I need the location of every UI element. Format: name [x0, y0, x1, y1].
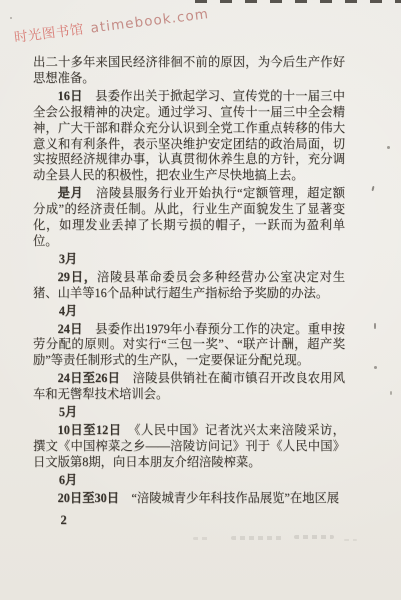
month-heading: 3月 — [33, 252, 345, 268]
scanned-page: 时光图书馆atimebook.com 出二十多年来国民经济徘徊不前的原因，为今后… — [0, 0, 401, 600]
scan-smudge — [344, 539, 357, 541]
watermark-library-name: 时光图书馆 — [13, 22, 84, 46]
entry-date: 16日 — [58, 89, 96, 103]
paragraph-continuation: 出二十多年来国民经济徘徊不前的原因，为今后生产作好思想准备。 — [33, 55, 345, 87]
entry-paragraph: 24日 县委作出1979年小春预分工作的决定。重申按劳分配的原则。对实行“三包一… — [33, 322, 345, 370]
entry-paragraph: 16日 县委作出关于掀起学习、宣传党的十一届三中全会公报精神的决定。通过学习、宣… — [33, 89, 345, 184]
entry-text: “涪陵城青少年科技作品展览”在地区展 — [131, 491, 339, 505]
entry-date: 24日至26日 — [58, 371, 133, 385]
page-number: 2 — [33, 513, 345, 529]
entry-date: 29日， — [58, 270, 97, 284]
scan-speck — [390, 391, 392, 395]
entry-paragraph: 24日至26日 涪陵县供销社在蔺市镇召开改良农用风车和无辔犁技术培训会。 — [33, 371, 345, 403]
scan-smudge — [193, 537, 209, 540]
entry-date: 24日 — [58, 322, 96, 336]
entry-date: 10日至12日 — [58, 423, 135, 437]
entry-paragraph: 29日，涪陵县革命委员会多种经营办公室决定对生猪、山羊等16个品种试行超生产指标… — [33, 270, 345, 302]
scan-speck — [371, 186, 374, 191]
watermark-site-url: atimebook.com — [90, 6, 210, 36]
page-text-column: 出二十多年来国民经济徘徊不前的原因，为今后生产作好思想准备。 16日 县委作出关… — [33, 55, 345, 529]
entry-date: 是月 — [58, 186, 96, 200]
month-heading: 4月 — [33, 304, 345, 320]
month-heading: 5月 — [33, 405, 345, 421]
scan-speck — [387, 146, 390, 149]
scan-speck — [374, 366, 377, 369]
scan-smudge — [294, 535, 334, 539]
entry-paragraph: 是月 涪陵县服务行业开始执行“定额管理，超定额分成”的经济责任制。从此，行业生产… — [33, 186, 345, 250]
scan-smudge — [231, 536, 283, 540]
entry-paragraph: 10日至12日 《人民中国》记者沈兴太来涪陵采访，撰文《中国榨菜之乡——涪陵访问… — [33, 423, 345, 471]
watermark: 时光图书馆atimebook.com — [13, 2, 210, 46]
scan-edge-dashes — [195, 0, 401, 3]
scan-speck — [374, 323, 376, 329]
entry-paragraph: 20日至30日 “涪陵城青少年科技作品展览”在地区展 — [33, 491, 345, 507]
paragraph-text: 出二十多年来国民经济徘徊不前的原因，为今后生产作好思想准备。 — [33, 55, 345, 85]
entry-date: 20日至30日 — [58, 491, 132, 505]
month-heading: 6月 — [33, 473, 345, 489]
scan-speck — [10, 17, 12, 19]
